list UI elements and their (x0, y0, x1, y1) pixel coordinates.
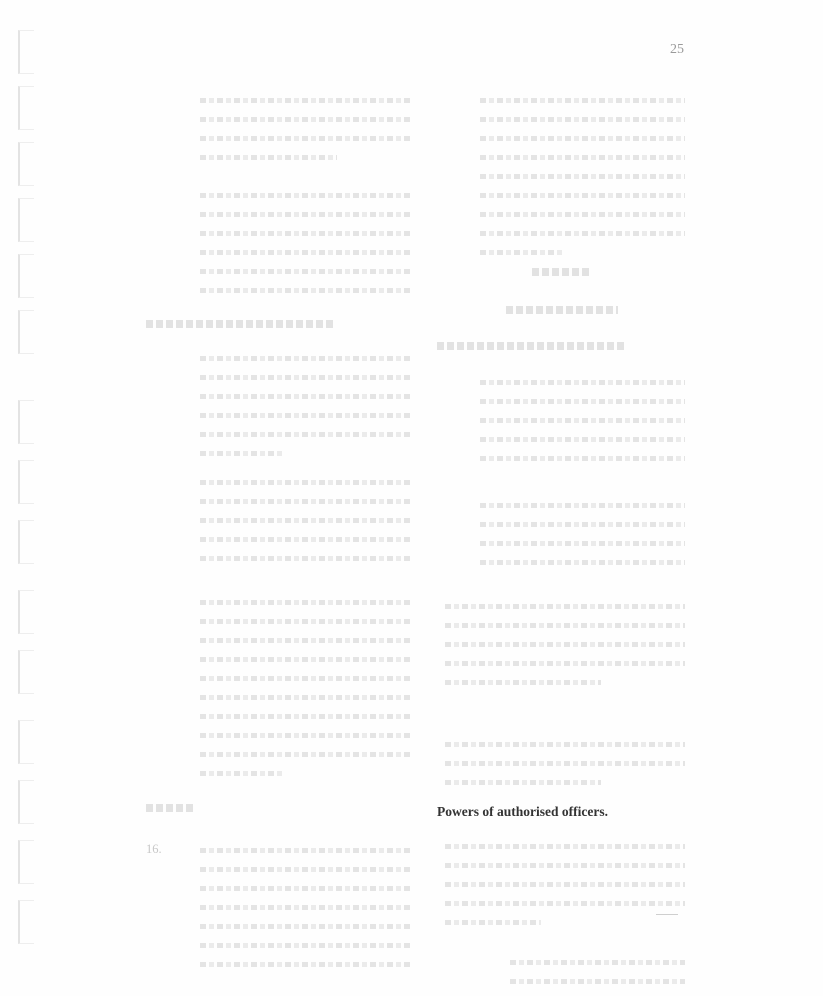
binding-mark (18, 780, 34, 824)
underline-mark (656, 914, 678, 915)
binding-mark (18, 142, 34, 186)
paragraph-right-4 (445, 596, 685, 691)
binding-mark (18, 650, 34, 694)
document-page: 25 16. Powers of authorised officers. (0, 0, 823, 996)
binding-mark (18, 30, 34, 74)
paragraph-left-5 (200, 592, 410, 782)
binding-mark (18, 86, 34, 130)
paragraph-right-7 (510, 952, 685, 990)
part-heading (532, 268, 592, 276)
binding-mark (18, 400, 34, 444)
paragraph-right-2 (480, 372, 685, 467)
binding-mark (18, 900, 34, 944)
paragraph-left-1 (200, 90, 410, 166)
page-number: 25 (670, 42, 684, 58)
binding-mark (18, 254, 34, 298)
binding-mark (18, 460, 34, 504)
binding-mark (18, 310, 34, 354)
binding-mark (18, 520, 34, 564)
section-heading-right-1 (437, 342, 627, 350)
marginal-heading-powers: Powers of authorised officers. (437, 804, 608, 820)
binding-mark (18, 198, 34, 242)
section-number: 16. (146, 842, 162, 857)
binding-mark (18, 720, 34, 764)
paragraph-right-3 (480, 495, 685, 571)
part-title (506, 306, 618, 314)
paragraph-right-6 (445, 836, 685, 931)
binding-mark (18, 590, 34, 634)
paragraph-right-1 (480, 90, 685, 261)
section-heading-left-1 (146, 320, 336, 328)
paragraph-left-3 (200, 348, 410, 462)
paragraph-left-2 (200, 185, 410, 299)
binding-marks (18, 30, 48, 980)
paragraph-right-5 (445, 734, 685, 791)
paragraph-left-4 (200, 472, 410, 567)
binding-mark (18, 840, 34, 884)
section-heading-left-2 (146, 804, 196, 812)
paragraph-left-6 (200, 840, 410, 973)
